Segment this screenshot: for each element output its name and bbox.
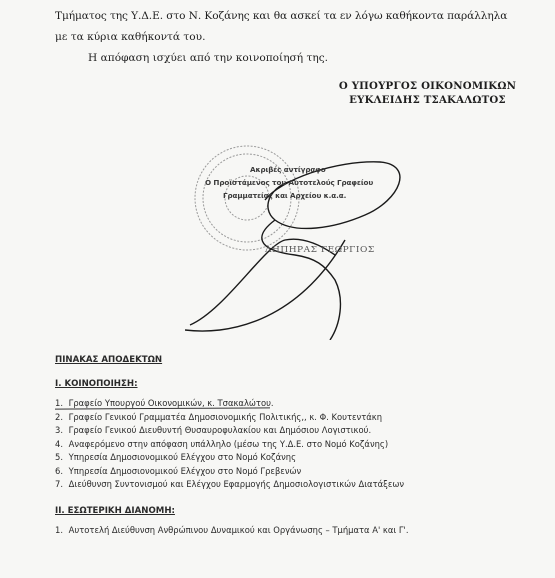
notification-list: 1. Γραφείο Υπουργού Οικονομικών, κ. Τσακ…: [55, 397, 404, 492]
signatory-block: Ο ΥΠΟΥΡΓΟΣ ΟΙΚΟΝΟΜΙΚΩΝ ΕΥΚΛΕΙΔΗΣ ΤΣΑΚΑΛΩ…: [320, 79, 535, 107]
list-item: 3. Γραφείο Γενικού Διευθυντή Θυσαυροφυλα…: [55, 424, 404, 438]
list-item: 1. Αυτοτελή Διεύθυνση Ανθρώπινου Δυναμικ…: [55, 524, 409, 538]
stamp-line-3: Γραμματείας και Αρχείου κ.α.α.: [223, 191, 346, 200]
stamp-line-2: Ο Προϊστάμενος του Αυτοτελούς Γραφείου: [205, 178, 373, 187]
signatory-title: Ο ΥΠΟΥΡΓΟΣ ΟΙΚΟΝΟΜΙΚΩΝ: [320, 79, 535, 93]
recipients-heading: ΠΙΝΑΚΑΣ ΑΠΟΔΕΚΤΩΝ: [55, 355, 162, 365]
stamp-line-1: Ακριβές αντίγραφο: [250, 165, 326, 174]
list-item: 6. Υπηρεσία Δημοσιονομικού Ελέγχου στο Ν…: [55, 465, 404, 479]
section-2-heading: ΙΙ. ΕΣΩΤΕΡΙΚΗ ΔΙΑΝΟΜΗ:: [55, 506, 175, 516]
list-item: 7. Διεύθυνση Συντονισμού και Ελέγχου Εφα…: [55, 478, 404, 492]
body-line-1: Τμήματος της Υ.Δ.Ε. στο Ν. Κοζάνης και θ…: [55, 10, 507, 22]
signatory-name: ΕΥΚΛΕΙΔΗΣ ΤΣΑΚΑΛΩΤΟΣ: [320, 93, 535, 107]
internal-distribution-list: 1. Αυτοτελή Διεύθυνση Ανθρώπινου Δυναμικ…: [55, 524, 409, 538]
body-line-3: Η απόφαση ισχύει από την κοινοποίησή της…: [88, 52, 328, 64]
list-item: 2. Γραφείο Γενικού Γραμματέα Δημοσιονομι…: [55, 411, 404, 425]
section-1-heading: Ι. ΚΟΙΝΟΠΟΙΗΣΗ:: [55, 379, 138, 389]
body-line-2: με τα κύρια καθήκοντά του.: [55, 31, 205, 43]
stamp-signer-name: ΛΗΠΗΡΑΣ ΓΕΩΡΓΙΟΣ: [265, 246, 375, 255]
list-item: 5. Υπηρεσία Δημοσιονομικού Ελέγχου στο Ν…: [55, 451, 404, 465]
list-item: 4. Αναφερόμενο στην απόφαση υπάλληλο (μέ…: [55, 438, 404, 452]
